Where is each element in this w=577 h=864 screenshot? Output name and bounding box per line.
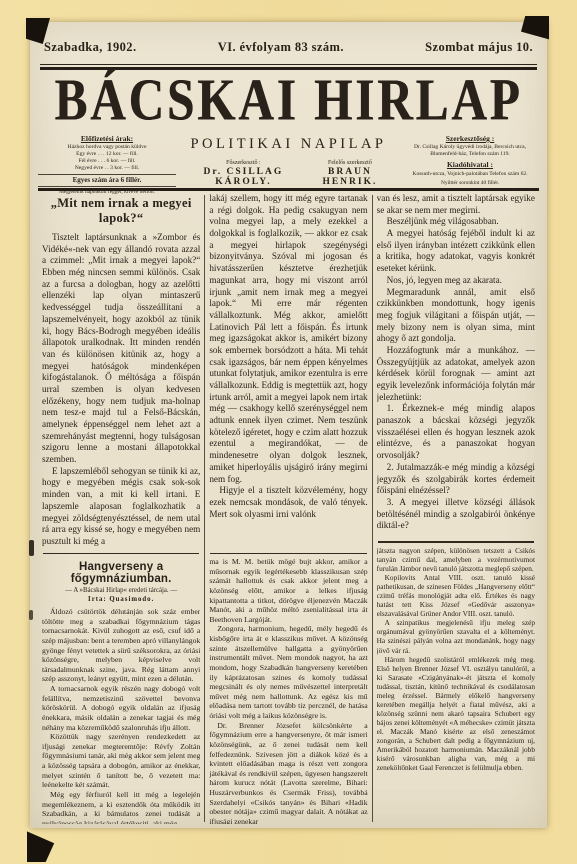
center-masthead-info: POLITIKAI NAPILAP Főszerkesztő : Dr. CSI… [176, 134, 401, 186]
scan-edge-smudge [29, 610, 33, 620]
paragraph: Higyje el a tisztelt közvélemény, hogy e… [209, 485, 367, 520]
lead-article-text: van és lesz, amit a tisztelt laptársak e… [377, 193, 535, 532]
paragraph: lakáj szellem, hogy itt még egyre tartan… [209, 193, 367, 485]
section-divider [210, 553, 366, 554]
lead-article-headline: „Mit nem irnak a megyei lapok?“ [42, 196, 200, 226]
feuilleton-col2: ma is M. M. betük mögé bujt akkor, amiko… [209, 557, 367, 824]
chief-editor: Főszerkesztő : Dr. CSILLAG KÁROLY. [182, 160, 305, 187]
feuilleton-text: játszta nagyon szépen, különösen tetszet… [377, 546, 535, 772]
column-3: van és lesz, amit a tisztelt laptársak e… [373, 193, 539, 824]
section-divider [43, 553, 199, 554]
paragraph: Hozzáfogtunk már a munkához. — Összegyüj… [377, 345, 535, 403]
feuilleton-col1: Hangverseny a főgymnáziumban. — A »Bácsk… [42, 557, 200, 824]
dateline-row: Szabadka, 1902. VI. évfolyam 83 szám. Sz… [44, 40, 533, 55]
chief-editor-label: Főszerkesztő : [182, 160, 305, 166]
paragraph: Nos, jó, legyen meg az akarata. [377, 275, 535, 287]
masthead: BÁCSKAI HIRLAP [36, 68, 541, 130]
paragraph: Kopilovits Antal VIII. oszt. tanuló kiss… [377, 573, 535, 618]
subscription-line: Negyed évre . . 3 kor. — fill. [38, 165, 176, 172]
paragraph: 3. A megyei illetve községi állások betö… [377, 497, 535, 532]
paragraph: Még egy férfiuról kell itt még a legelej… [42, 790, 200, 824]
editorial-office-label: Szerkesztőség : [401, 134, 539, 143]
paragraph: A megyei hatóság fejéből indult ki az el… [377, 228, 535, 275]
masthead-title: BÁCSKAI HIRLAP [54, 64, 522, 134]
paragraph: ma is M. M. betük mögé bujt akkor, amiko… [209, 557, 367, 624]
dateline-date: Szombat május 10. [425, 40, 533, 55]
paper-subtitle: POLITIKAI NAPILAP [190, 136, 386, 153]
article-columns: „Mit nem irnak a megyei lapok?“ Tisztelt… [38, 193, 539, 824]
masthead-bottom-rule [38, 188, 539, 191]
feuilleton-subtitle: — A »Bácskai Hirlap« eredeti tárcája. — [42, 587, 200, 594]
paragraph: van és lesz, amit a tisztelt laptársak e… [377, 193, 535, 216]
publisher-office-label: Kiadóhivatal : [401, 160, 539, 169]
feuilleton-text: Áldozó csütörtök délutánján sok száz emb… [42, 607, 200, 824]
feuilleton-text: ma is M. M. betük mögé bujt akkor, amiko… [209, 557, 367, 824]
paragraph: Közöttük nagy szerényen rendezkedett az … [42, 732, 200, 790]
chief-editor-name: Dr. CSILLAG KÁROLY. [182, 167, 305, 187]
column-2: lakáj szellem, hogy itt még egyre tartan… [205, 193, 371, 824]
paragraph: Megmaradunk annál, amit első czikkünkben… [377, 287, 535, 345]
paragraph: 1. Érkeznek-e még mindig alapos panaszok… [377, 403, 535, 461]
paragraph: Három hegedű szolistáról emlékezek még m… [377, 655, 535, 773]
office-box: Szerkesztőség : Dr. Csillag Károly ügyvé… [401, 134, 539, 186]
subscription-box: Előfizetési árak: Házhoz hordva vagy pos… [38, 134, 176, 186]
single-price: Egyes szám ára 6 fillér. [38, 174, 176, 187]
responsible-editor: Felelős szerkesztő BRAUN HENRIK. [305, 160, 395, 187]
scan-edge-smudge [29, 540, 34, 556]
paragraph: A szinpatikus megjelenésű ifju meleg szé… [377, 618, 535, 654]
lead-article-text: lakáj szellem, hogy itt még egyre tartan… [209, 193, 367, 520]
paragraph: 2. Jutalmazzák-e még mindig a községi je… [377, 462, 535, 497]
paragraph: játszta nagyon szépen, különösen tetszet… [377, 546, 535, 573]
lead-article-text: Tisztelt laptársunknak a »Zombor és Vidé… [42, 232, 200, 548]
paragraph: Tisztelt laptársunknak a »Zombor és Vidé… [42, 232, 200, 466]
openletter-note: Nyilttér soronkint 40 fillér. [401, 180, 539, 187]
feuilleton-byline: Irta: Quasimodo. [42, 596, 200, 603]
editorial-office-text: Dr. Csillag Károly ügyvédi irodája, Berc… [401, 144, 539, 158]
responsible-editor-label: Felelős szerkesztő [305, 160, 395, 166]
lead-article-col1: „Mit nem irnak a megyei lapok?“ Tisztelt… [42, 193, 200, 549]
paragraph: A tornacsarnok egyik részén nagy dobogó … [42, 684, 200, 732]
responsible-editor-name: BRAUN HENRIK. [305, 167, 395, 187]
lead-article-col3: van és lesz, amit a tisztelt laptársak e… [377, 193, 535, 537]
column-1: „Mit nem irnak a megyei lapok?“ Tisztelt… [38, 193, 204, 824]
feuilleton-headline: Hangverseny a főgymnáziumban. [42, 561, 200, 585]
editors-row: Főszerkesztő : Dr. CSILLAG KÁROLY. Felel… [182, 160, 395, 187]
paragraph: Dr. Brenner Józsefet kölcsönkérte a főgy… [209, 721, 367, 824]
paragraph: E lapszemléből sehogyan se tünik ki az, … [42, 466, 200, 548]
masthead-info-row: Előfizetési árak: Házhoz hordva vagy pos… [38, 134, 539, 186]
paragraph: Beszéljünk még világosabban. [377, 216, 535, 228]
subscription-title: Előfizetési árak: [38, 134, 176, 143]
dateline-place: Szabadka, 1902. [44, 40, 136, 55]
publisher-office-text: Kossuth-utcza, Vojnich-palotában Telefon… [401, 171, 539, 178]
section-divider [378, 541, 534, 543]
paragraph: Áldozó csütörtök délutánján sok száz emb… [42, 607, 200, 684]
lead-article-col2: lakáj szellem, hogy itt még egyre tartan… [209, 193, 367, 549]
newspaper-page: Szabadka, 1902. VI. évfolyam 83 szám. Sz… [30, 22, 547, 828]
feuilleton-col3: játszta nagyon szépen, különösen tetszet… [377, 546, 535, 824]
paragraph: Zongora, harmonium, hegedű, mély hegedű … [209, 624, 367, 720]
dateline-issue: VI. évfolyam 83 szám. [218, 40, 344, 55]
